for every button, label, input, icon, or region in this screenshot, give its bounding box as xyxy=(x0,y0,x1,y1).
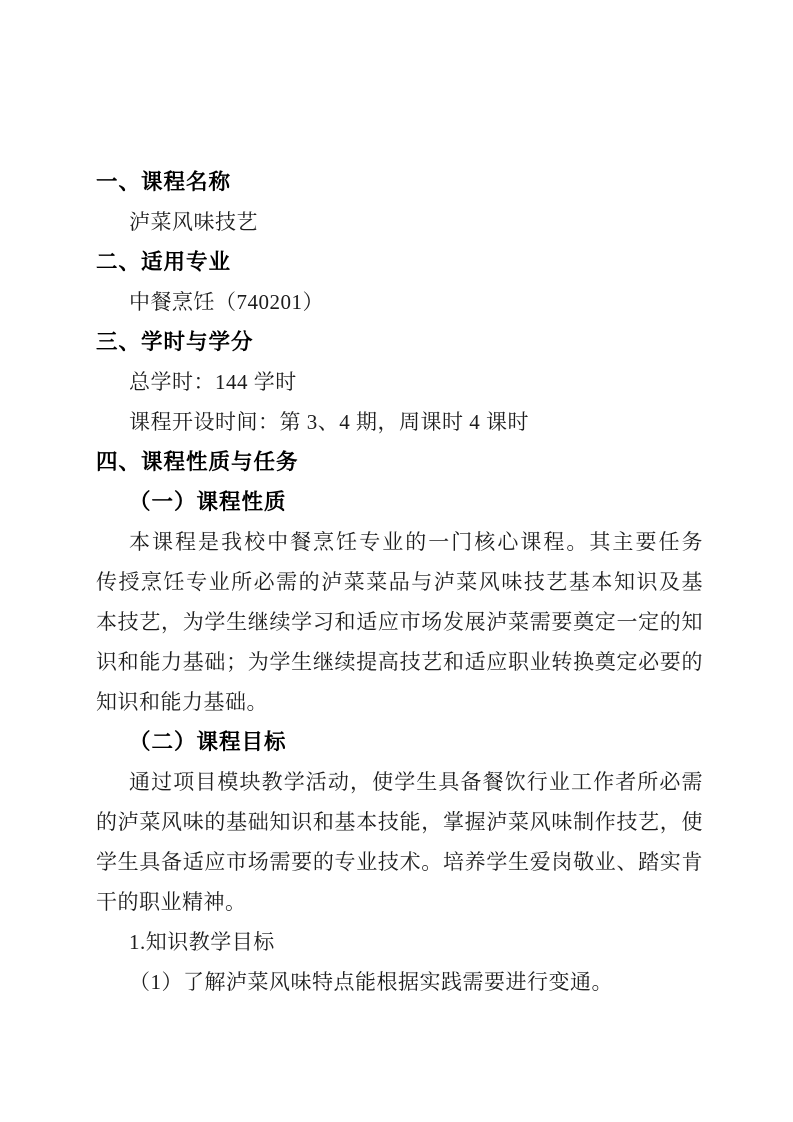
section-heading-nature-tasks: 四、课程性质与任务 xyxy=(96,442,703,482)
paragraph-line: 识和能力基础；为学生继续提高技艺和适应职业转换奠定必要的 xyxy=(96,642,703,682)
paragraph-line: 学生具备适应市场需要的专业技术。培养学生爱岗敬业、踏实肯 xyxy=(96,842,703,882)
subsection-heading-course-nature: （一）课程性质 xyxy=(96,482,703,522)
paragraph-line: 传授烹饪专业所必需的泸菜菜品与泸菜风味技艺基本知识及基 xyxy=(96,562,703,602)
knowledge-goals-heading: 1.知识教学目标 xyxy=(96,922,703,962)
document-page: 一、课程名称 泸菜风味技艺 二、适用专业 中餐烹饪（740201） 三、学时与学… xyxy=(0,0,793,1122)
schedule-line: 课程开设时间：第 3、4 期，周课时 4 课时 xyxy=(96,402,703,442)
paragraph-line: 的泸菜风味的基础知识和基本技能，掌握泸菜风味制作技艺，使 xyxy=(96,802,703,842)
section-heading-hours-credits: 三、学时与学分 xyxy=(96,322,703,362)
section-heading-course-name: 一、课程名称 xyxy=(96,162,703,202)
total-hours-line: 总学时：144 学时 xyxy=(96,362,703,402)
paragraph-line: 本课程是我校中餐烹饪专业的一门核心课程。其主要任务是： xyxy=(96,522,703,562)
paragraph-line: 本技艺，为学生继续学习和适应市场发展泸菜需要奠定一定的知 xyxy=(96,602,703,642)
paragraph-line: 通过项目模块教学活动，使学生具备餐饮行业工作者所必需 xyxy=(96,762,703,802)
major-value: 中餐烹饪（740201） xyxy=(96,282,703,322)
course-name-value: 泸菜风味技艺 xyxy=(96,202,703,242)
subsection-heading-course-goals: （二）课程目标 xyxy=(96,722,703,762)
knowledge-goal-item-1: （1）了解泸菜风味特点能根据实践需要进行变通。 xyxy=(96,962,703,1002)
section-heading-applicable-major: 二、适用专业 xyxy=(96,242,703,282)
paragraph-line: 干的职业精神。 xyxy=(96,882,703,922)
paragraph-line: 知识和能力基础。 xyxy=(96,682,703,722)
document-content: 一、课程名称 泸菜风味技艺 二、适用专业 中餐烹饪（740201） 三、学时与学… xyxy=(96,162,703,1002)
